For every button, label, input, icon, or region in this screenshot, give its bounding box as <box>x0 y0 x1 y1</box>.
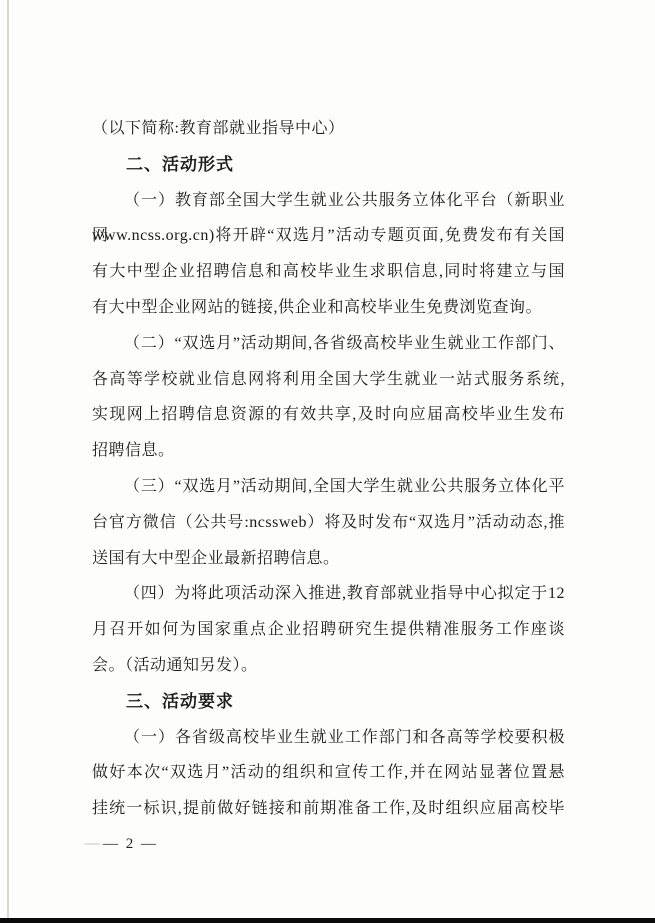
body-line: www.ncss.org.cn)将开辟“双选月”活动专题页面,免费发布有关国 <box>92 218 565 254</box>
document-body: （以下简称:教育部就业指导中心） 二、活动形式 （一）教育部全国大学生就业公共服… <box>92 111 565 863</box>
section-heading: 三、活动要求 <box>92 684 565 720</box>
section-heading: 二、活动形式 <box>92 147 565 183</box>
body-line: 挂统一标识,提前做好链接和前期准备工作,及时组织应届高校毕 <box>92 791 565 827</box>
scan-bottom-edge-line <box>0 918 655 923</box>
body-line: 做好本次“双选月”活动的组织和宣传工作,并在网站显著位置悬 <box>92 755 565 791</box>
scan-left-edge-line <box>7 0 9 923</box>
body-line: 有大中型企业招聘信息和高校毕业生求职信息,同时将建立与国 <box>92 254 565 290</box>
page-number: — 2 — <box>92 827 565 863</box>
body-line: 实现网上招聘信息资源的有效共享,及时向应届高校毕业生发布 <box>92 397 565 433</box>
body-line: （四）为将此项活动深入推进,教育部就业指导中心拟定于12 <box>92 576 565 612</box>
body-line: 台官方微信（公共号:ncssweb）将及时发布“双选月”活动动态,推 <box>92 505 565 541</box>
body-line: （一）教育部全国大学生就业公共服务立体化平台（新职业网 <box>92 183 565 219</box>
body-line: 各高等学校就业信息网将利用全国大学生就业一站式服务系统, <box>92 362 565 398</box>
body-line: 月召开如何为国家重点企业招聘研究生提供精准服务工作座谈 <box>92 612 565 648</box>
body-line: 招聘信息。 <box>92 433 565 469</box>
body-line: （一）各省级高校毕业生就业工作部门和各高等学校要积极 <box>92 720 565 756</box>
body-line: （以下简称:教育部就业指导中心） <box>92 111 565 147</box>
document-page: （以下简称:教育部就业指导中心） 二、活动形式 （一）教育部全国大学生就业公共服… <box>0 0 655 923</box>
body-line: 会。（活动通知另发）。 <box>92 648 565 684</box>
body-line: 有大中型企业网站的链接,供企业和高校毕业生免费浏览查询。 <box>92 290 565 326</box>
body-line: 送国有大中型企业最新招聘信息。 <box>92 541 565 577</box>
body-line: （二）“双选月”活动期间,各省级高校毕业生就业工作部门、 <box>92 326 565 362</box>
body-line: （三）“双选月”活动期间,全国大学生就业公共服务立体化平 <box>92 469 565 505</box>
